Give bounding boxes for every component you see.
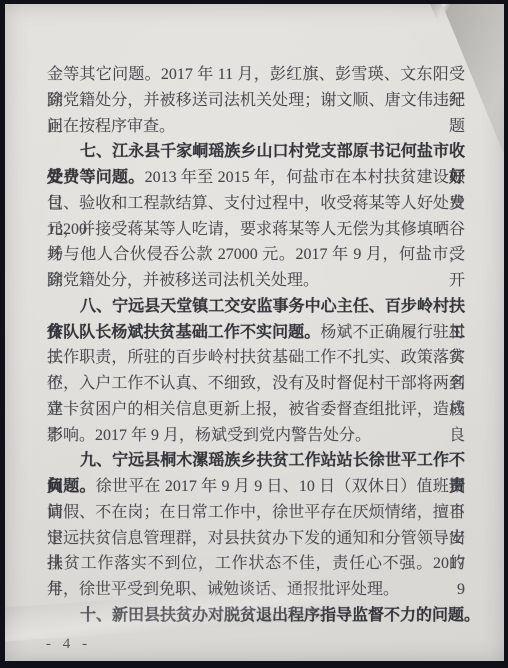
text-line: 位，入户工作不认真、不细致，没有及时督促村干部将两名建档 bbox=[47, 371, 465, 397]
body-segment: 除党籍处分，并被移送司法机关处理。 bbox=[47, 272, 319, 289]
body-segment: 影响。2017 年 9 月，杨斌受到党内警告处分。 bbox=[47, 427, 371, 444]
photo-background: 金等其它问题。2017 年 11 月，彭红旗、彭雪瑛、文东阳受到开除党籍处分，并… bbox=[0, 0, 508, 668]
text-line: 问题。徐世平在 2017 年 9 月 9 日、10 日（双休日）值班期间不 bbox=[47, 474, 465, 500]
document-page: 金等其它问题。2017 年 11 月，彭红旗、彭雪瑛、文东阳受到开除党籍处分，并… bbox=[5, 4, 504, 661]
heading-segment: 问题。 bbox=[47, 478, 96, 495]
text-line: 立卡贫困户的相关信息更新上报，被省委督查组批评，造成不良 bbox=[47, 397, 465, 423]
text-line: 处费等问题。2013 年至 2015 年，何盐市在本村扶贫建设项目发 bbox=[47, 165, 465, 191]
text-line: 扶贫工作落实不到位，工作状态不佳，责任心不强。2017 年 9 bbox=[47, 551, 465, 577]
text-line: 作队队长杨斌扶贫基础工作不实问题。杨斌不正确履行驻村扶贫 bbox=[47, 320, 465, 346]
text-line: 请假、不在岗；在日常工作中，徐世平存在厌烦情绪，擅自退出 bbox=[47, 500, 465, 526]
text-line: 并与他人合伙侵吞公款 27000 元。2017 年 9 月，何盐市受到开 bbox=[47, 242, 465, 268]
text-line: 十、新田县扶贫办对脱贫退出程序指导监督不力的问题。 bbox=[47, 603, 465, 629]
page-number: - 4 - bbox=[46, 636, 91, 653]
text-line: 八、宁远县天堂镇工交安监事务中心主任、百步岭村扶贫工 bbox=[47, 294, 465, 320]
text-line: 包、验收和工程款结算、支付过程中，收受蒋某等人好处费 13200 bbox=[47, 191, 465, 217]
text-line: 宁远扶贫信息管理群，对县扶贫办下发的通知和分管领导安排的 bbox=[47, 526, 465, 552]
text-line: 七、江永县千家峒瑶族乡山口村党支部原书记何盐市收受好 bbox=[47, 139, 465, 165]
text-line: 除党籍处分，并被移送司法机关处理；谢文顺、唐文伟违纪问题 bbox=[47, 88, 465, 114]
heading-segment: 十、新田县扶贫办对脱贫退出程序指导监督不力的问题。 bbox=[80, 607, 480, 624]
body-segment: 正在按程序审查。 bbox=[47, 118, 175, 135]
text-line: 金等其它问题。2017 年 11 月，彭红旗、彭雪瑛、文东阳受到开 bbox=[47, 62, 465, 88]
document-text: 金等其它问题。2017 年 11 月，彭红旗、彭雪瑛、文东阳受到开除党籍处分，并… bbox=[47, 62, 465, 629]
text-line: 九、宁远县桐木漯瑶族乡扶贫工作站站长徐世平工作不负责 bbox=[47, 448, 465, 474]
text-line: 元，并接受蒋某等人吃请，要求蒋某等人无偿为其修填晒谷场， bbox=[47, 217, 465, 243]
body-segment: 月，徐世平受到免职、诫勉谈话、通报批评处理。 bbox=[47, 581, 399, 598]
text-line: 工作职责，所驻的百步岭村扶贫基础工作不扎实、政策落实不到 bbox=[47, 345, 465, 371]
heading-segment: 处费等问题。 bbox=[47, 169, 145, 186]
heading-segment: 作队队长杨斌扶贫基础工作不实问题。 bbox=[47, 324, 320, 341]
